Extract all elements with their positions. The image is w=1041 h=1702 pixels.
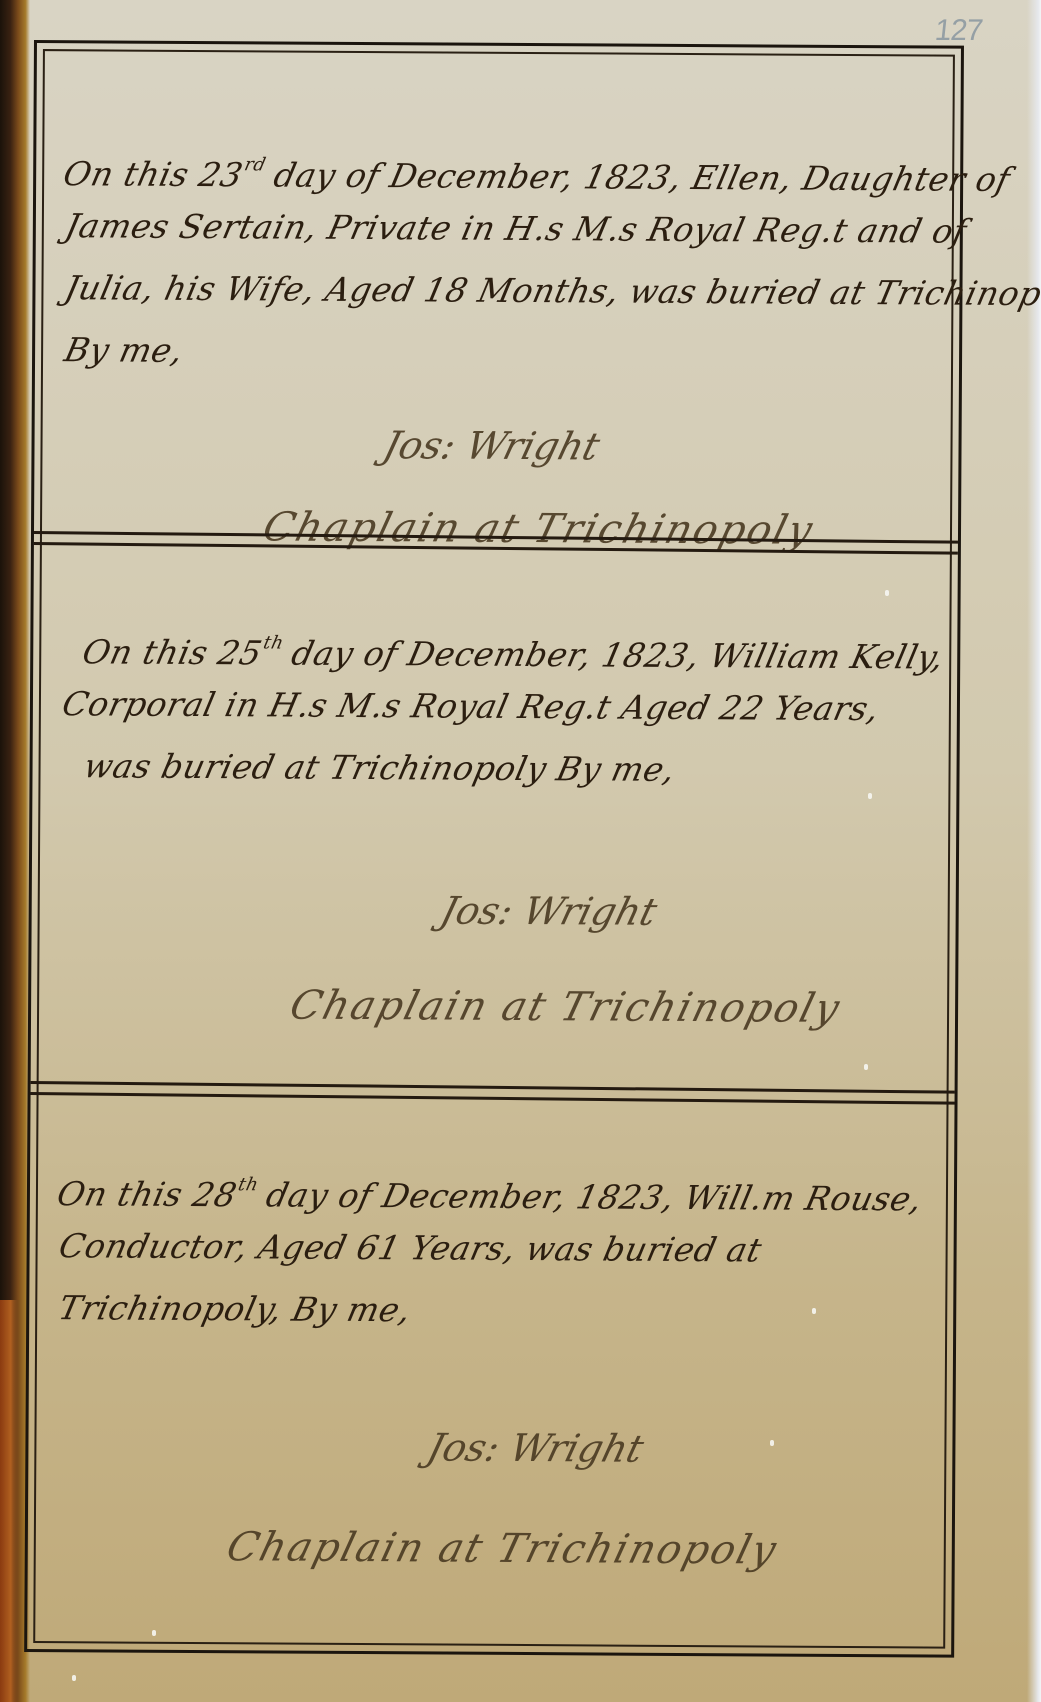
- paper-speck: [152, 1630, 156, 1636]
- paper-speck: [770, 1440, 774, 1446]
- entry-line: Trichinopoly, By me,: [52, 1277, 920, 1344]
- signature-name: Jos: Wright: [423, 1425, 648, 1470]
- entry-line: Julia, his Wife, Aged 18 Months, was bur…: [59, 257, 927, 324]
- burial-entry-2: On this 25th day of December, 1823, Will…: [30, 611, 957, 1137]
- paper-speck: [812, 1308, 816, 1314]
- entry-line: James Sertain, Private in H.s M.s Royal …: [59, 195, 927, 262]
- signature-name: Jos: Wright: [436, 889, 661, 934]
- book-binding-edge-lower: [0, 1300, 18, 1702]
- entry-line: On this 23rd day of December, 1823, Elle…: [59, 133, 927, 200]
- entry-line: By me,: [58, 319, 926, 386]
- register-frame: On this 23rd day of December, 1823, Elle…: [24, 40, 964, 1658]
- entry-line: Corporal in H.s M.s Royal Reg.t Aged 22 …: [56, 673, 924, 740]
- entry-line: On this 25th day of December, 1823, Will…: [57, 611, 925, 678]
- paper-speck: [885, 590, 889, 596]
- paper-speck: [868, 793, 872, 799]
- signature-title: Chaplain at Trichinopoly: [222, 1524, 783, 1573]
- burial-entry-1: On this 23rd day of December, 1823, Elle…: [34, 133, 961, 579]
- paper-speck: [72, 1675, 76, 1681]
- burial-entry-3: On this 28th day of December, 1823, Will…: [27, 1153, 954, 1639]
- page-number: 127: [933, 14, 984, 48]
- entry-line: On this 28th day of December, 1823, Will…: [53, 1153, 921, 1220]
- page-right-edge: [1027, 0, 1041, 1702]
- signature-title: Chaplain at Trichinopoly: [285, 983, 846, 1032]
- paper-speck: [864, 1064, 868, 1070]
- entry-line: Conductor, Aged 61 Years, was buried at: [53, 1215, 921, 1282]
- signature-name: Jos: Wright: [379, 423, 604, 468]
- entry-line: was buried at Trichinopoly By me,: [56, 735, 924, 802]
